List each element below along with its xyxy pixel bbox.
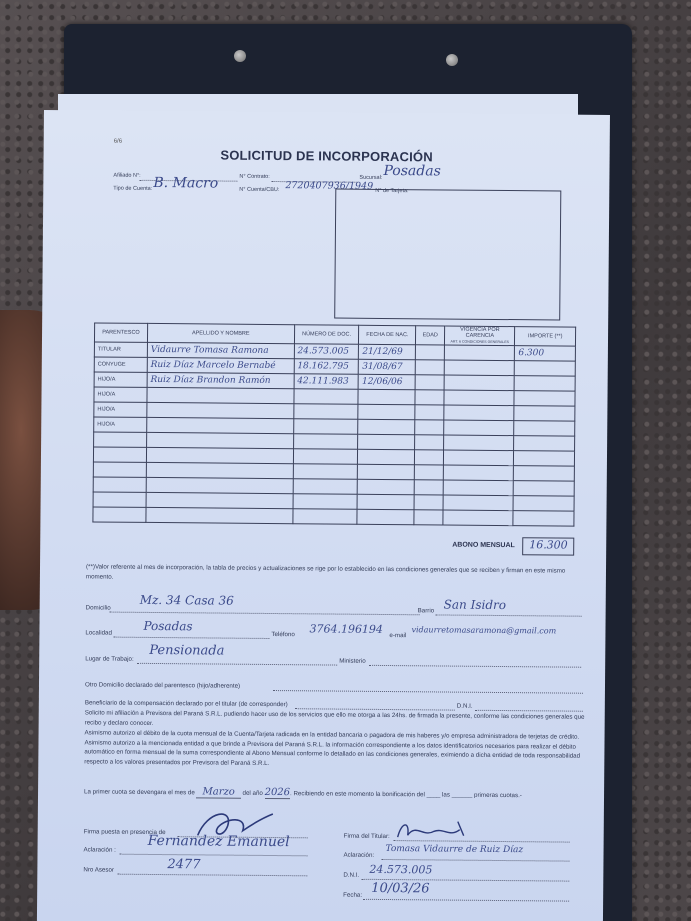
- cell-vigencia[interactable]: [444, 405, 514, 421]
- rivet-icon: [234, 50, 246, 62]
- cell-nombre[interactable]: Ruiz Díaz Marcelo Bernabé: [147, 357, 294, 373]
- sucursal-field[interactable]: Posadas: [383, 163, 440, 179]
- cell-edad[interactable]: [415, 465, 444, 480]
- cell-nombre[interactable]: [147, 387, 294, 403]
- cell-importe[interactable]: [513, 496, 574, 512]
- col-fecha: FECHA DE NAC.: [359, 325, 416, 344]
- abono-box[interactable]: 16.300: [522, 537, 574, 555]
- cell-fecha[interactable]: 21/12/69: [359, 344, 416, 359]
- cell-parentesco: [93, 462, 146, 477]
- cell-edad[interactable]: [416, 345, 445, 360]
- cell-vigencia[interactable]: [443, 495, 513, 511]
- cell-vigencia[interactable]: [444, 345, 514, 361]
- cell-importe[interactable]: [515, 361, 576, 377]
- barrio-field[interactable]: San Isidro: [444, 598, 506, 613]
- asesor-field[interactable]: 2477: [167, 857, 200, 872]
- page-marker: 6/6: [114, 139, 122, 145]
- rivet-icon: [446, 54, 458, 66]
- cuota-mes-field[interactable]: Marzo: [196, 786, 240, 798]
- firma-titular-label: Firma del Titular:: [344, 833, 390, 840]
- domicilio-field[interactable]: Mz. 34 Casa 36: [140, 593, 234, 608]
- col-doc: NÚMERO DE DOC.: [294, 325, 359, 345]
- cell-importe[interactable]: [513, 511, 574, 527]
- cell-importe[interactable]: 6.300: [515, 346, 576, 362]
- cell-parentesco: [93, 477, 146, 492]
- col-importe: IMPORTE (**): [515, 327, 576, 347]
- cell-nombre[interactable]: [146, 447, 293, 463]
- cell-edad[interactable]: [414, 495, 443, 510]
- cell-fecha[interactable]: [357, 509, 414, 524]
- email-label: e-mail: [389, 632, 406, 639]
- cell-vigencia[interactable]: [444, 450, 514, 466]
- authorization-paragraph: Asimismo autorizo el débito de la cuota …: [84, 728, 584, 770]
- cell-parentesco: HIJO/A: [94, 417, 147, 432]
- cell-edad[interactable]: [414, 510, 443, 525]
- cell-vigencia[interactable]: [444, 375, 514, 391]
- cell-parentesco: [93, 507, 146, 522]
- tipo-cuenta-label: Tipo de Cuenta:: [113, 186, 152, 192]
- cuenta-cbu-label: N° Cuenta/CBU:: [239, 187, 279, 193]
- cell-edad[interactable]: [415, 360, 444, 375]
- cell-edad[interactable]: [415, 375, 444, 390]
- first-installment-line: La primer cuota se devengara el mes de M…: [84, 786, 584, 801]
- otro-domicilio-label: Otro Domicilio declarado del parentesco …: [85, 681, 240, 689]
- abono-label: ABONO MENSUAL: [452, 542, 515, 550]
- cell-fecha[interactable]: [358, 404, 415, 419]
- cell-parentesco: HIJO/A: [94, 387, 147, 402]
- dni-titular-label: D.N.I.: [343, 872, 359, 879]
- telefono-field[interactable]: 3764.196194: [309, 622, 383, 636]
- cell-vigencia[interactable]: [444, 390, 514, 406]
- cell-importe[interactable]: [515, 376, 576, 392]
- tipo-cuenta-field[interactable]: B. Macro: [153, 175, 218, 192]
- col-vigencia: VIGENCIA POR CARENCIA ART. 6 CONDICIONES…: [445, 326, 516, 346]
- cell-fecha[interactable]: 31/08/67: [359, 359, 416, 374]
- cell-importe[interactable]: [514, 466, 575, 482]
- cell-vigencia[interactable]: [444, 435, 514, 451]
- aclaracion-right-label: Aclaración:: [343, 852, 374, 859]
- cell-parentesco: CONYUGE: [94, 357, 147, 372]
- afiliado-label: Afiliado N°:: [113, 173, 140, 179]
- cell-parentesco: TITULAR: [94, 342, 147, 357]
- cell-fecha[interactable]: [357, 494, 414, 509]
- cell-doc[interactable]: [293, 404, 358, 420]
- aclaracion-right-field[interactable]: Tomasa Vidaurre de Ruiz Díaz: [386, 844, 524, 855]
- cell-vigencia[interactable]: [443, 465, 513, 481]
- cell-vigencia[interactable]: [444, 360, 514, 376]
- localidad-label: Localidad: [85, 629, 112, 636]
- cell-doc[interactable]: [293, 419, 358, 435]
- cell-doc[interactable]: 42.111.983: [294, 374, 359, 390]
- photo-box: [334, 189, 561, 321]
- cell-doc[interactable]: [294, 389, 359, 405]
- cell-nombre[interactable]: [146, 492, 293, 508]
- col-parentesco: PARENTESCO: [94, 323, 147, 342]
- cell-fecha[interactable]: [358, 419, 415, 434]
- cell-doc[interactable]: [293, 494, 358, 510]
- beneficiario-dni-label: D.N.I.: [457, 703, 473, 710]
- cell-edad[interactable]: [415, 420, 444, 435]
- dni-titular-field[interactable]: 24.573.005: [369, 863, 432, 877]
- cell-importe[interactable]: [514, 406, 575, 422]
- cell-nombre[interactable]: Vidaurre Tomasa Ramona: [147, 342, 294, 358]
- cell-importe[interactable]: [514, 451, 575, 467]
- trabajo-field[interactable]: Pensionada: [149, 643, 224, 659]
- cell-edad[interactable]: [414, 480, 443, 495]
- cell-doc[interactable]: [292, 509, 357, 525]
- footnote: (**)Valor referente al mes de incorporac…: [86, 562, 586, 585]
- form-title: SOLICITUD DE INCORPORACIÓN: [44, 146, 610, 166]
- cell-parentesco: [93, 447, 146, 462]
- cell-doc[interactable]: 24.573.005: [294, 344, 359, 360]
- ministerio-label: Ministerio: [339, 658, 366, 665]
- cuota-anio-field[interactable]: 2026: [265, 787, 291, 799]
- fecha-field[interactable]: 10/03/26: [371, 881, 430, 897]
- cell-importe[interactable]: [514, 436, 575, 452]
- cell-nombre[interactable]: Ruiz Díaz Brandon Ramón: [147, 372, 294, 388]
- cell-doc[interactable]: [293, 434, 358, 450]
- cell-parentesco: [94, 432, 147, 447]
- cell-nombre[interactable]: [146, 477, 293, 493]
- cell-doc[interactable]: [293, 479, 358, 495]
- localidad-field[interactable]: Posadas: [143, 619, 192, 633]
- cell-importe[interactable]: [514, 391, 575, 407]
- cell-fecha[interactable]: [358, 389, 415, 404]
- email-field[interactable]: vidaurretomasaramona@gmail.com: [411, 625, 556, 635]
- cell-fecha[interactable]: 12/06/06: [359, 374, 416, 389]
- abono-value: 16.300: [529, 538, 568, 551]
- cell-doc[interactable]: [293, 464, 358, 480]
- table-row: [93, 507, 574, 526]
- aclaracion-left-label: Aclaración :: [84, 846, 116, 853]
- beneficiario-label: Beneficiario de la compensación declarad…: [85, 699, 288, 708]
- cell-edad[interactable]: [415, 390, 444, 405]
- telefono-label: Teléfono: [271, 631, 294, 638]
- cell-parentesco: [93, 492, 146, 507]
- contrato-label: N° Contrato:: [239, 174, 269, 180]
- col-edad: EDAD: [416, 326, 445, 345]
- cell-doc[interactable]: [293, 449, 358, 465]
- cell-vigencia[interactable]: [443, 480, 513, 496]
- cell-edad[interactable]: [415, 450, 444, 465]
- cell-edad[interactable]: [415, 405, 444, 420]
- cell-fecha[interactable]: [358, 464, 415, 479]
- aclaracion-left-field[interactable]: Fernandez Emanuel: [148, 833, 290, 850]
- asesor-label: Nro Asesor: [83, 866, 114, 873]
- cell-fecha[interactable]: [358, 434, 415, 449]
- col-nombre: APELLIDO Y NOMBRE: [147, 323, 294, 343]
- trabajo-label: Lugar de Trabajo:: [85, 655, 134, 662]
- cell-parentesco: HIJO/A: [94, 372, 147, 387]
- cell-fecha[interactable]: [358, 479, 415, 494]
- cell-nombre[interactable]: [147, 417, 294, 433]
- cell-parentesco: HIJO/A: [94, 402, 147, 417]
- cell-vigencia[interactable]: [444, 420, 514, 436]
- application-form: 6/6 SOLICITUD DE INCORPORACIÓN Afiliado …: [37, 110, 610, 921]
- barrio-label: Barrio: [418, 607, 435, 614]
- cell-importe[interactable]: [514, 421, 575, 437]
- cell-importe[interactable]: [514, 481, 575, 497]
- cell-nombre[interactable]: [146, 432, 293, 448]
- holder-signature: [394, 817, 474, 844]
- cell-fecha[interactable]: [358, 449, 415, 464]
- cell-nombre[interactable]: [146, 462, 293, 478]
- cell-nombre[interactable]: [146, 507, 293, 523]
- cell-vigencia[interactable]: [443, 510, 513, 526]
- domicilio-label: Domicilio: [86, 604, 111, 611]
- fecha-label: Fecha:: [343, 892, 362, 899]
- members-table: PARENTESCO APELLIDO Y NOMBRE NÚMERO DE D…: [92, 322, 576, 526]
- cell-edad[interactable]: [415, 435, 444, 450]
- cell-nombre[interactable]: [147, 402, 294, 418]
- cell-doc[interactable]: 18.162.795: [294, 359, 359, 375]
